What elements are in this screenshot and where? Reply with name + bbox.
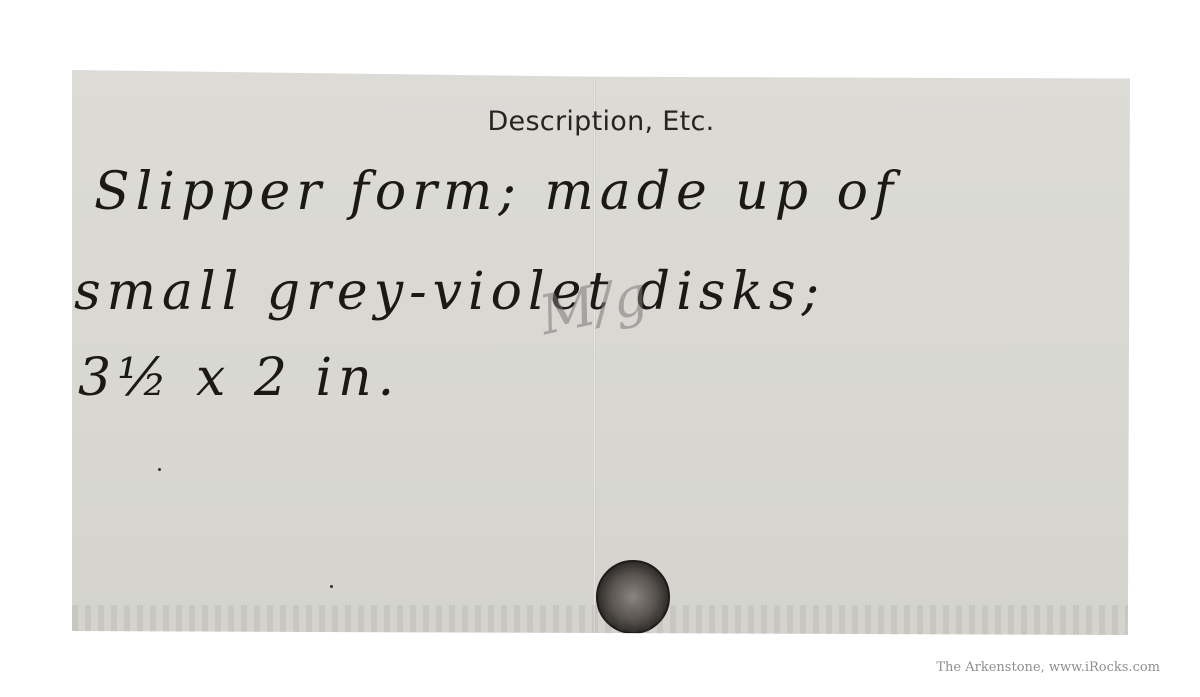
card-heading: Description, Etc. <box>72 106 1130 137</box>
ink-speck <box>158 468 161 471</box>
paper-texture <box>72 605 1130 635</box>
specimen-label-card: Description, Etc. Slipper form; made up … <box>72 70 1130 635</box>
image-credit: The Arkenstone, www.iRocks.com <box>936 660 1160 675</box>
handwriting-line-1: Slipper form; made up of <box>94 162 899 222</box>
handwriting-line-3: 3½ x 2 in. <box>78 348 400 408</box>
ink-speck <box>330 585 333 588</box>
handwriting-line-2: small grey-violet disks; <box>74 262 825 322</box>
